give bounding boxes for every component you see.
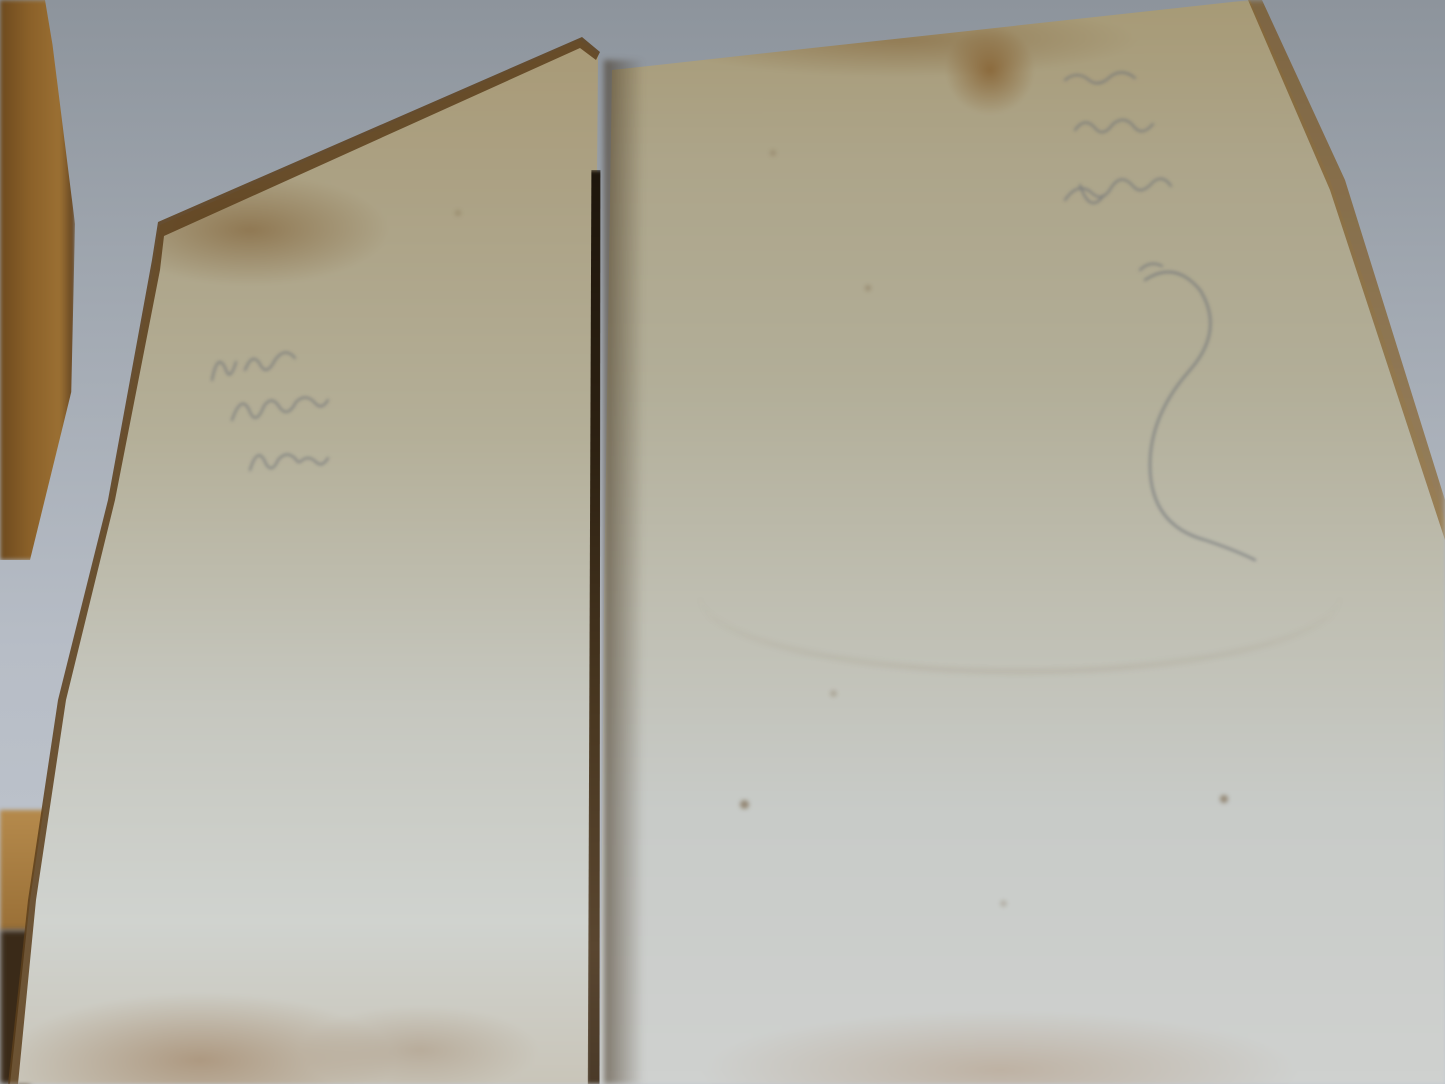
foxing-spot <box>865 285 871 291</box>
right-page-gutter-shadow <box>604 60 644 1084</box>
book-photo <box>0 0 1445 1084</box>
foxing-spot <box>455 210 461 216</box>
water-stain-ring <box>700 520 1340 673</box>
foxing-spot <box>770 150 776 156</box>
background-book-cover <box>0 0 75 560</box>
foxing-spot <box>1000 900 1007 907</box>
foxing-spot <box>830 690 837 697</box>
foxing-spot <box>1220 795 1228 803</box>
foxing-spot <box>740 800 749 809</box>
